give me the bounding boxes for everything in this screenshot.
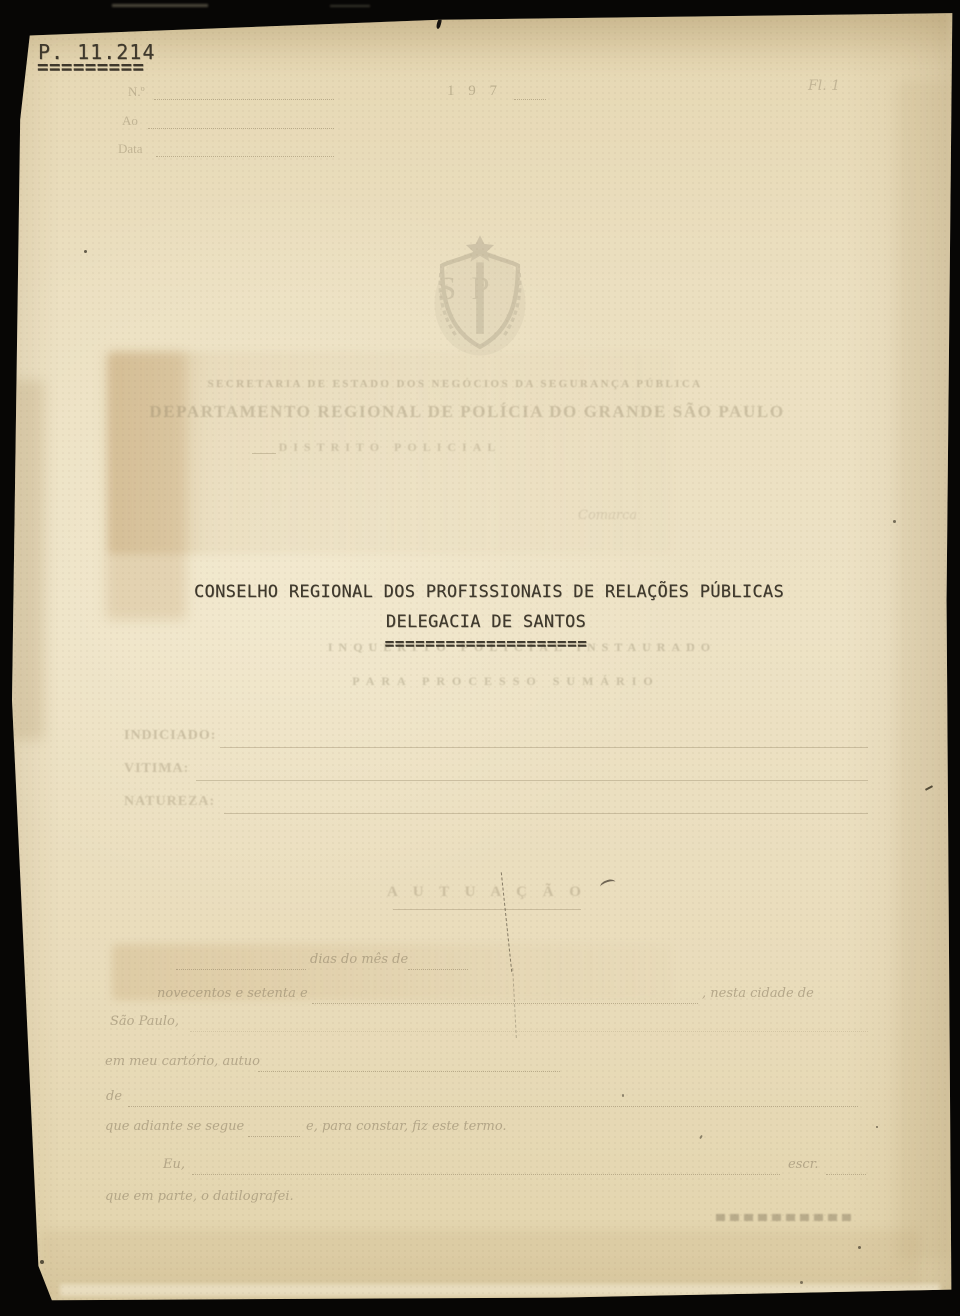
register-ao-line xyxy=(148,127,334,129)
printer-imprint xyxy=(716,1214,852,1221)
field-line-indiciado xyxy=(220,746,868,748)
autuacao-heading: A U T U A Ç Ã O xyxy=(387,884,587,901)
scanner-edge-scratch xyxy=(330,5,370,7)
scanned-document: P. 11.214 ========= N.º 1 9 7 Fl. 1 Ao D… xyxy=(0,0,960,1316)
typed-title: CONSELHO REGIONAL DOS PROFISSIONAIS DE R… xyxy=(194,582,784,602)
register-data-label: Data xyxy=(118,141,143,157)
body-l7-right: escr. xyxy=(788,1157,819,1172)
letterhead-secretaria: SECRETARIA DE ESTADO DOS NEGÓCIOS DA SEG… xyxy=(207,378,702,390)
register-no-line xyxy=(154,98,334,100)
case-number-underline: ========= xyxy=(37,56,144,78)
body-line xyxy=(312,1002,698,1004)
body-l7-left: Eu, xyxy=(163,1157,185,1172)
letterhead-comarca: Comarca xyxy=(578,508,637,523)
speck xyxy=(40,1260,44,1264)
field-line-vitima xyxy=(196,779,868,781)
speck xyxy=(858,1246,861,1249)
register-year: 1 9 7 xyxy=(447,83,502,100)
register-no-label: N.º xyxy=(128,84,145,100)
typed-underline: ==================== xyxy=(385,634,588,653)
body-line xyxy=(176,968,306,970)
body-l2-left: novecentos e setenta e xyxy=(157,986,308,1001)
speck xyxy=(800,1281,803,1284)
body-l1-mid: dias do mês de xyxy=(310,952,408,967)
field-label-indiciado: INDICIADO: xyxy=(124,728,216,744)
stain xyxy=(106,352,186,620)
distrito-blank-line xyxy=(252,452,276,454)
paper-edge-highlight xyxy=(60,1284,940,1296)
stain xyxy=(896,80,952,1260)
body-l6-right: e, para constar, fiz este termo. xyxy=(306,1119,507,1134)
stain xyxy=(10,380,44,740)
register-data-line xyxy=(156,155,334,157)
body-line xyxy=(190,1030,868,1032)
field-line-natureza xyxy=(224,812,868,814)
body-l3-left: São Paulo, xyxy=(110,1014,179,1029)
body-line xyxy=(248,1135,300,1137)
field-label-vitima: VITIMA: xyxy=(124,761,189,777)
speck xyxy=(84,250,87,253)
body-l4-left: em meu cartório, autuo xyxy=(105,1054,260,1069)
letterhead-distrito: DISTRITO POLICIAL xyxy=(279,440,502,455)
pen-tick-mark xyxy=(599,878,617,892)
folio-number: Fl. 1 xyxy=(808,78,840,94)
speck xyxy=(622,1094,624,1097)
body-l8: que em parte, o datilografei. xyxy=(105,1189,294,1204)
paper-sheet: P. 11.214 ========= N.º 1 9 7 Fl. 1 Ao D… xyxy=(0,0,960,1316)
field-label-natureza: NATUREZA: xyxy=(124,794,215,810)
autuacao-underline xyxy=(393,908,581,910)
speck xyxy=(876,1126,878,1128)
ghost-title-line2: PARA PROCESSO SUMÁRIO xyxy=(352,674,659,689)
svg-text:SP: SP xyxy=(438,271,504,307)
letterhead-departamento: DEPARTAMENTO REGIONAL DE POLÍCIA DO GRAN… xyxy=(149,402,784,422)
body-l5-left: de xyxy=(106,1089,122,1104)
body-line xyxy=(192,1173,780,1175)
register-year-line xyxy=(514,98,546,100)
body-line xyxy=(826,1173,866,1175)
speck xyxy=(699,1135,703,1139)
body-line xyxy=(408,968,468,970)
scanner-edge-scratch xyxy=(112,4,208,7)
body-line xyxy=(128,1105,858,1107)
speck xyxy=(893,520,896,523)
state-seal: SP xyxy=(424,232,536,362)
body-line xyxy=(258,1070,560,1072)
typed-subtitle: DELEGACIA DE SANTOS xyxy=(386,612,586,632)
body-l2-right: , nesta cidade de xyxy=(702,986,814,1001)
register-ao-label: Ao xyxy=(122,113,138,129)
body-l6-left: que adiante se segue xyxy=(105,1119,244,1134)
